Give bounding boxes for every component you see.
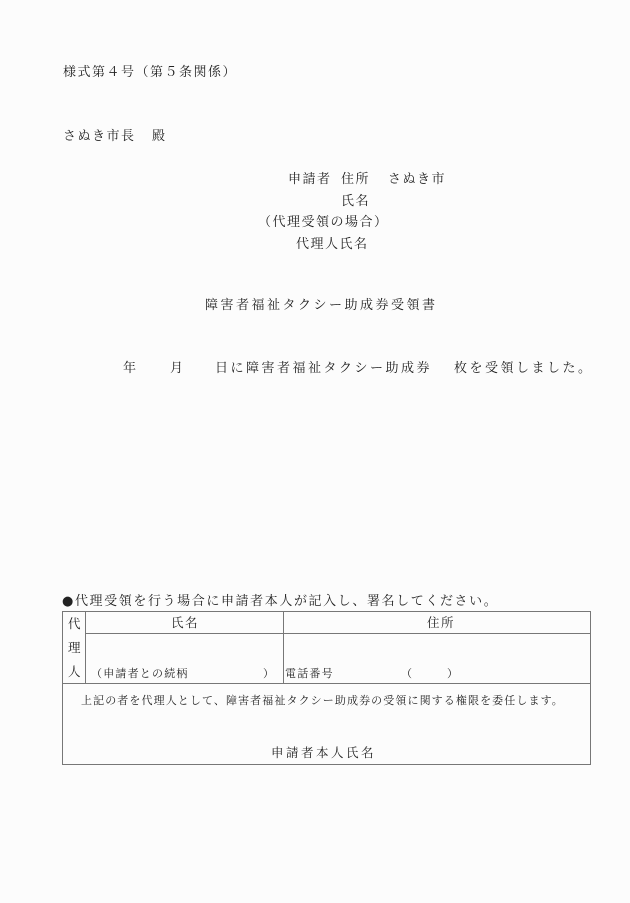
proxy-instruction: ●代理受領を行う場合に申請者本人が記入し、署名してください。 xyxy=(62,594,498,610)
addressee-name: さぬき市長 xyxy=(63,129,136,145)
name-label: 氏名 xyxy=(341,194,370,210)
side-label-char-1: 代 xyxy=(68,616,81,632)
proxy-table: 代 理 人 氏名 住所 （申請者との続柄 ） 電話番号 （ ） 上記の者を代理人… xyxy=(62,611,591,765)
phone-open-paren: （ xyxy=(401,666,413,682)
proxy-note: （代理受領の場合） xyxy=(258,215,389,231)
column-header-address: 住所 xyxy=(427,615,455,631)
relationship-label: （申請者との続柄 xyxy=(91,666,189,682)
side-label-char-3: 人 xyxy=(68,664,81,680)
count-text: 枚を受領しました。 xyxy=(454,361,594,377)
document-title: 障害者福祉タクシー助成券受領書 xyxy=(205,298,438,314)
year-label: 年 xyxy=(123,361,136,377)
proxy-name-label: 代理人氏名 xyxy=(296,237,369,253)
phone-label: 電話番号 xyxy=(285,666,334,682)
address-value: さぬき市 xyxy=(388,172,446,188)
side-label-char-2: 理 xyxy=(68,640,81,656)
form-number: 様式第４号（第５条関係） xyxy=(63,65,237,81)
day-text: 日に障害者福祉タクシー助成券 xyxy=(215,361,432,377)
addressee-honorific: 殿 xyxy=(152,129,165,145)
month-label: 月 xyxy=(170,361,183,377)
applicant-label: 申請者 xyxy=(288,172,332,188)
phone-close-paren: ） xyxy=(447,666,459,682)
column-header-name: 氏名 xyxy=(171,615,199,631)
relationship-close: ） xyxy=(263,666,275,682)
signature-label: 申請者本人氏名 xyxy=(271,745,376,761)
address-label: 住所 xyxy=(341,172,370,188)
